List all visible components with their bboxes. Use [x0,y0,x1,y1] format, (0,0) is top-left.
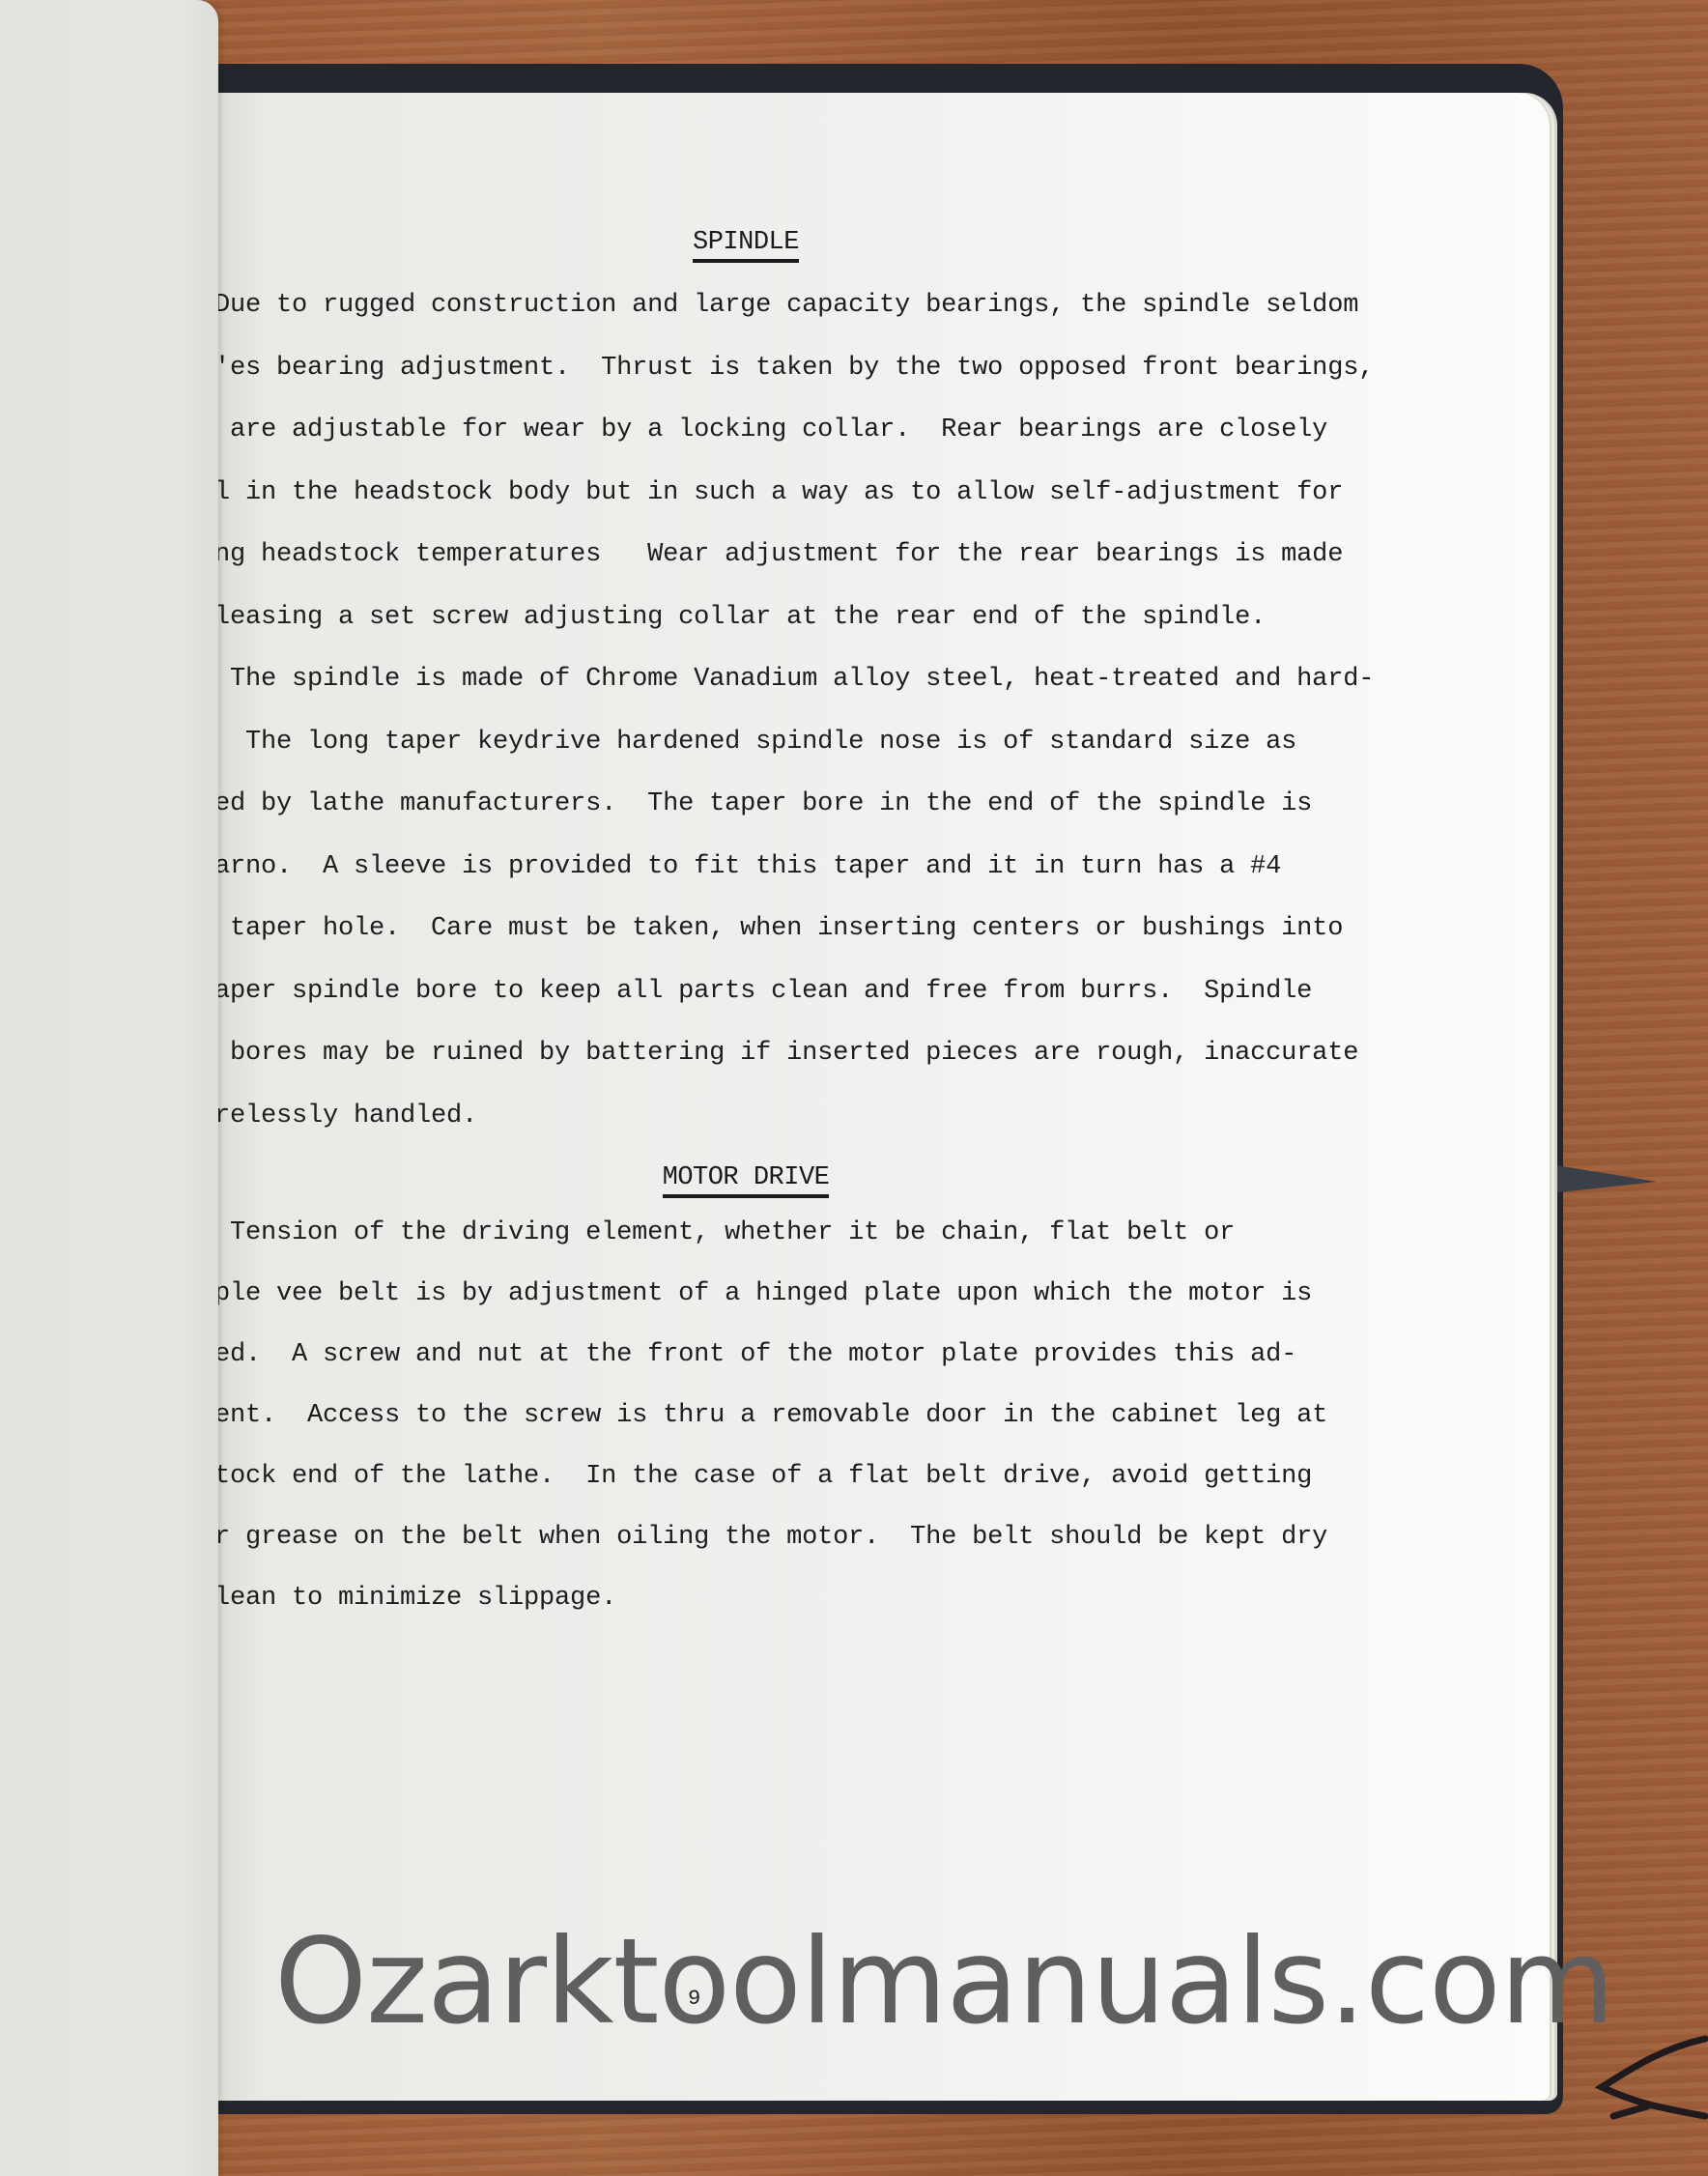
section-heading-motor-drive: MOTOR DRIVE [214,1163,1277,1192]
text-line: leasing a set screw adjusting collar at … [214,603,1266,632]
text-line: aper spindle bore to keep all parts clea… [214,977,1312,1006]
binder-tab [1551,1164,1657,1193]
text-line: ent. Access to the screw is thru a remov… [214,1401,1327,1430]
text-line: arno. A sleeve is provided to fit this t… [214,852,1281,881]
text-line: relessly handled. [214,1102,477,1131]
section-heading-spindle: SPINDLE [214,228,1277,257]
text-line: 'es bearing adjustment. Thrust is taken … [214,354,1374,383]
text-line: are adjustable for wear by a locking col… [214,415,1327,444]
text-line: tock end of the lathe. In the case of a … [214,1462,1312,1491]
text-line: r grease on the belt when oiling the mot… [214,1523,1327,1552]
manual-page: SPINDLE Due to rugged construction and l… [214,93,1550,2101]
text-line: ed. A screw and nut at the front of the … [214,1340,1296,1369]
text-line: Tension of the driving element, whether … [214,1218,1235,1247]
text-line: ple vee belt is by adjustment of a hinge… [214,1279,1312,1308]
facing-left-page [0,0,218,2176]
watermark: Ozarktoolmanuals.com [274,1923,1613,2041]
text-line: ng headstock temperatures Wear adjustmen… [214,540,1343,569]
text-line: The long taper keydrive hardened spindle… [214,728,1296,757]
text-line: taper hole. Care must be taken, when ins… [214,914,1343,943]
text-line: lean to minimize slippage. [214,1584,616,1613]
text-line: Due to rugged construction and large cap… [214,291,1358,320]
text-line: bores may be ruined by battering if inse… [214,1039,1358,1068]
text-line: l in the headstock body but in such a wa… [214,478,1343,507]
text-line: ed by lathe manufacturers. The taper bor… [214,789,1312,818]
text-line: The spindle is made of Chrome Vanadium a… [214,665,1374,694]
